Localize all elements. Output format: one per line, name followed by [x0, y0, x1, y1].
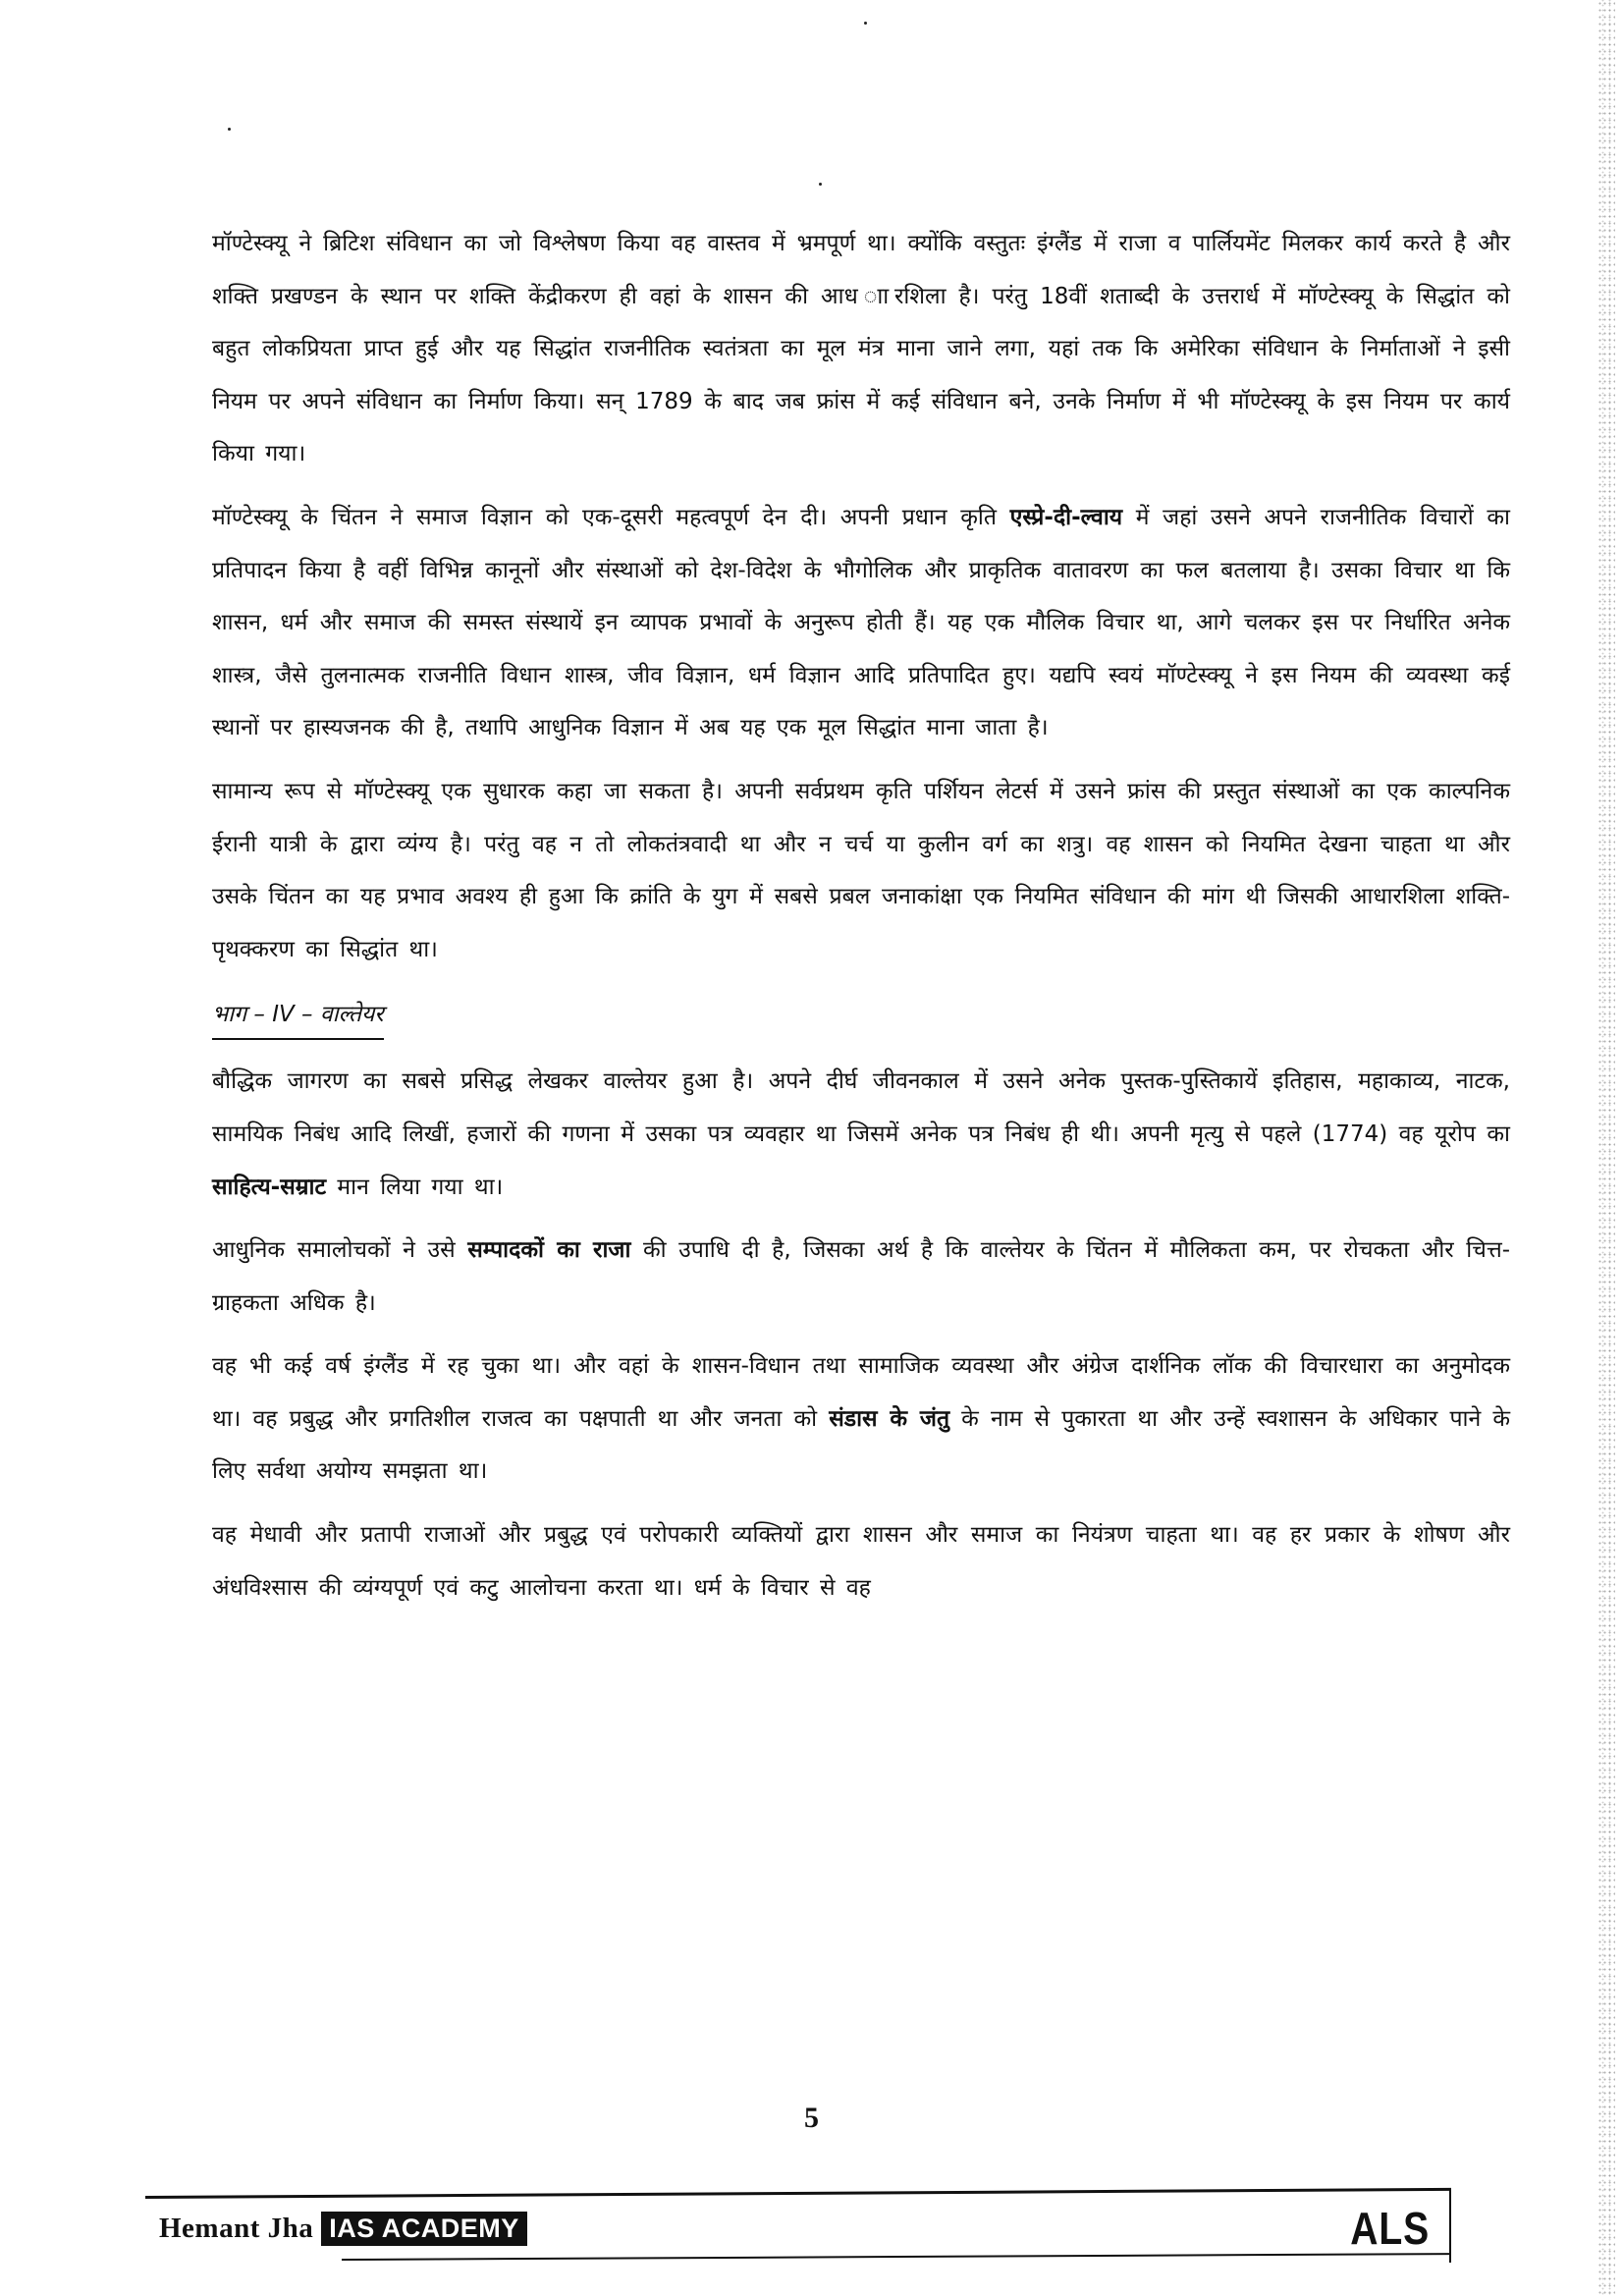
scan-edge-noise: [1597, 0, 1615, 2296]
text-run: सामान्य रूप से मॉण्टेस्क्यू एक सुधारक कह…: [212, 779, 1510, 962]
text-run: मान लिया गया था।: [326, 1175, 503, 1200]
brand-badge: IAS ACADEMY: [321, 2212, 527, 2246]
scan-speck: [228, 128, 231, 131]
brand-logo: Hemant Jha IAS ACADEMY: [159, 2212, 527, 2246]
paragraph: मॉण्टेस्क्यू ने ब्रिटिश संविधान का जो वि…: [212, 218, 1510, 481]
paragraph: सामान्य रूप से मॉण्टेस्क्यू एक सुधारक कह…: [212, 766, 1510, 976]
text-run: वह मेधावी और प्रतापी राजाओं और प्रबुद्ध …: [212, 1522, 1510, 1601]
footer-rule-bottom: [342, 2253, 1451, 2261]
brand-name: Hemant Jha: [159, 2213, 313, 2245]
text-run: मॉण्टेस्क्यू ने ब्रिटिश संविधान का जो वि…: [212, 231, 1510, 466]
text-run: मॉण्टेस्क्यू के चिंतन ने समाज विज्ञान को…: [212, 505, 1010, 530]
text-run: में जहां उसने अपने राजनीतिक विचारों का प…: [212, 505, 1510, 740]
bold-phrase: एस्प्रे-दी-ल्वाय: [1010, 505, 1122, 530]
paragraph: बौद्धिक जागरण का सबसे प्रसिद्ध लेखकर वाल…: [212, 1056, 1510, 1214]
paragraph: मॉण्टेस्क्यू के चिंतन ने समाज विज्ञान को…: [212, 492, 1510, 755]
scan-speck: [864, 22, 867, 25]
document-page: मॉण्टेस्क्यू ने ब्रिटिश संविधान का जो वि…: [0, 0, 1623, 2296]
scan-speck: [819, 183, 822, 186]
footer-banner: Hemant Jha IAS ACADEMY ALS: [145, 2190, 1451, 2259]
text-run: बौद्धिक जागरण का सबसे प्रसिद्ध लेखकर वाल…: [212, 1068, 1510, 1147]
paragraph-group-montesquieu: मॉण्टेस्क्यू ने ब्रिटिश संविधान का जो वि…: [212, 218, 1510, 976]
section-heading: भाग – IV – वाल्तेयर: [212, 993, 384, 1040]
footer-rule-right: [1449, 2190, 1451, 2263]
bold-phrase: साहित्य-सम्राट: [212, 1175, 326, 1200]
text-run: आधुनिक समालोचकों ने उसे: [212, 1237, 467, 1263]
paragraph: वह मेधावी और प्रतापी राजाओं और प्रबुद्ध …: [212, 1509, 1510, 1614]
paragraph-group-voltaire: बौद्धिक जागरण का सबसे प्रसिद्ध लेखकर वाल…: [212, 1056, 1510, 1614]
paragraph: आधुनिक समालोचकों ने उसे सम्पादकों का राज…: [212, 1225, 1510, 1330]
page-number: 5: [0, 2102, 1623, 2135]
footer-rule-top: [145, 2188, 1451, 2199]
bold-phrase: सम्पादकों का राजा: [467, 1237, 630, 1263]
als-logo: ALS: [1350, 2202, 1430, 2255]
document-body: मॉण्टेस्क्यू ने ब्रिटिश संविधान का जो वि…: [212, 218, 1510, 1625]
paragraph: वह भी कई वर्ष इंग्लैंड में रह चुका था। औ…: [212, 1340, 1510, 1499]
bold-phrase: संडास के जंतु: [829, 1406, 949, 1432]
